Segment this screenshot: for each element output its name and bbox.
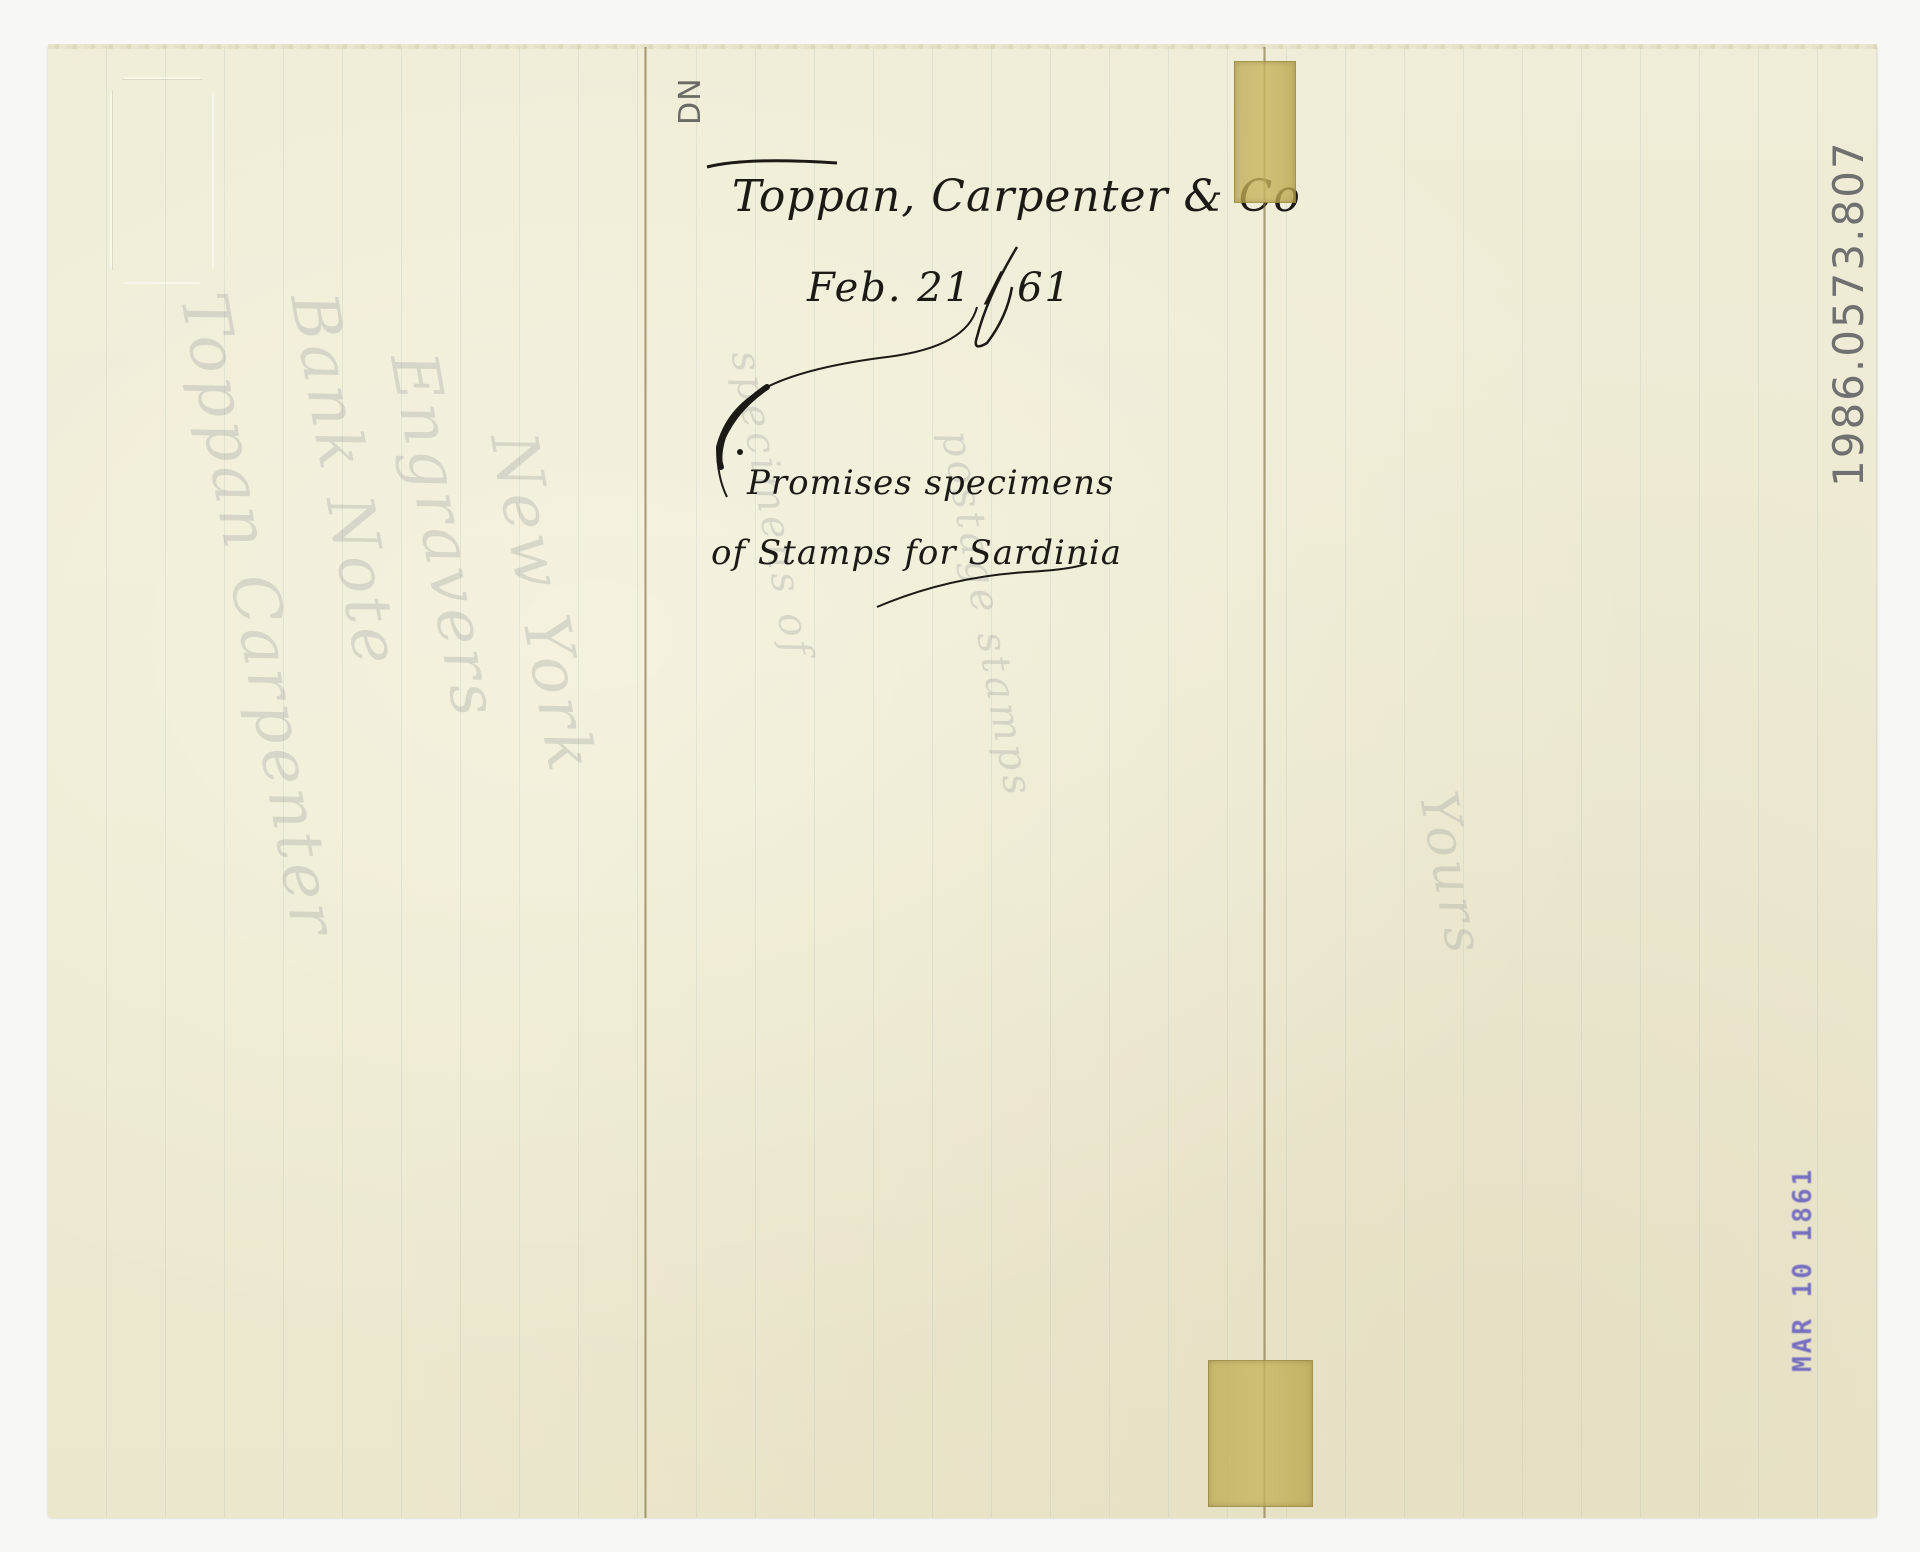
document-sheet: Toppan Carpenter Bank Note Engravers New… bbox=[48, 47, 1877, 1518]
accession-number: 1986.0573.807 bbox=[1824, 140, 1873, 487]
docket-date: Feb. 21 / 61 bbox=[807, 265, 1072, 311]
bleed-through-text: New York bbox=[475, 427, 608, 780]
pen-flourish-icon bbox=[647, 47, 1263, 747]
bleed-through-text: Toppan Carpenter bbox=[165, 287, 351, 944]
embossed-seal-icon bbox=[110, 77, 214, 284]
center-panel: specimens of postage stamps DN Toppan, C… bbox=[647, 47, 1263, 1518]
docket-summary-line-2: of Stamps for Sardinia bbox=[711, 533, 1122, 573]
pencil-initials: DN bbox=[673, 77, 708, 125]
tape-top bbox=[1234, 61, 1296, 203]
docket-summary-line-1: Promises specimens bbox=[747, 463, 1115, 503]
bleed-through-text: Bank Note bbox=[275, 287, 414, 674]
tape-bottom bbox=[1208, 1360, 1313, 1507]
bleed-through-text: specimens of bbox=[722, 347, 822, 663]
left-panel: Toppan Carpenter Bank Note Engravers New… bbox=[48, 47, 644, 1518]
docket-firm-name: Toppan, Carpenter & Co bbox=[732, 171, 1301, 222]
bleed-through-text: Engravers bbox=[375, 347, 512, 725]
received-date-stamp: MAR 10 1861 bbox=[1788, 1167, 1818, 1372]
bleed-through-text: Yours bbox=[1407, 787, 1495, 961]
right-panel: Yours bbox=[1266, 47, 1877, 1518]
